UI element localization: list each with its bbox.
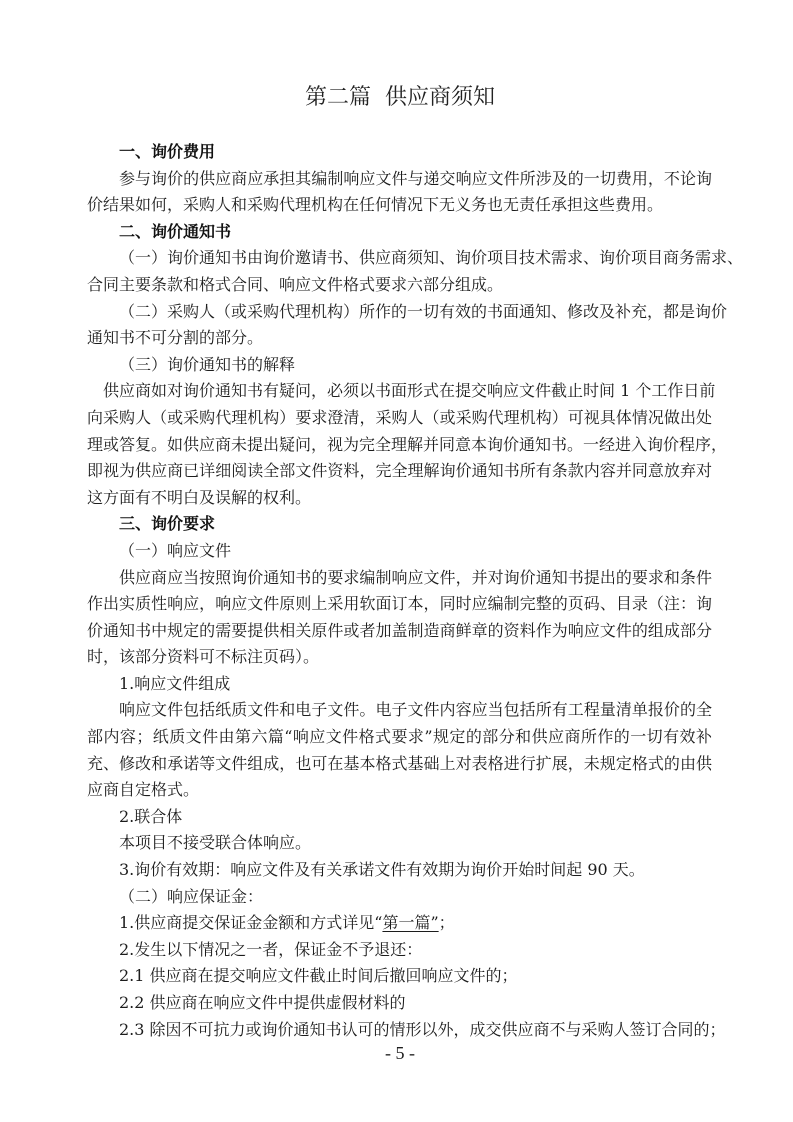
paragraph-line: 时，该部分资料可不标注页码）。 <box>87 644 712 671</box>
section-heading: 二、询价通知书 <box>87 219 712 246</box>
paragraph-line: 合同主要条款和格式合同、响应文件格式要求六部分组成。 <box>87 272 712 299</box>
line-prefix: 1.供应商提交保证金金额和方式详见“ <box>119 913 382 932</box>
paragraph-line: （二）采购人（或采购代理机构）所作的一切有效的书面通知、修改及补充，都是询价 <box>87 299 712 326</box>
paragraph-line: 这方面有不明白及误解的权利。 <box>87 485 712 512</box>
paragraph-line: 2.3 除因不可抗力或询价通知书认可的情形以外，成交供应商不与采购人签订合同的； <box>87 1017 712 1044</box>
subsection-heading: （一）响应文件 <box>87 538 712 565</box>
page-title: 第二篇 供应商须知 <box>0 83 793 113</box>
paragraph-line: 充、修改和承诺等文件组成，也可在基本格式基础上对表格进行扩展，未规定格式的由供 <box>87 751 712 778</box>
chapter-reference: 第一篇” <box>382 913 438 932</box>
paragraph-line: 作出实质性响应，响应文件原则上采用软面订本，同时应编制完整的页码、目录（注：询 <box>87 591 712 618</box>
line-suffix: ； <box>439 913 455 932</box>
paragraph-line: 响应文件包括纸质文件和电子文件。电子文件内容应当包括所有工程量清单报价的全 <box>87 697 712 724</box>
paragraph-line: 2.1 供应商在提交响应文件截止时间后撤回响应文件的； <box>87 963 712 990</box>
paragraph-line: 本项目不接受联合体响应。 <box>87 830 712 857</box>
paragraph-line: 供应商应当按照询价通知书的要求编制响应文件，并对询价通知书提出的要求和条件 <box>87 565 712 592</box>
paragraph-line: 供应商如对询价通知书有疑问，必须以书面形式在提交响应文件截止时间 1 个工作日前 <box>87 378 712 405</box>
document-body: 一、询价费用 参与询价的供应商应承担其编制响应文件与递交响应文件所涉及的一切费用… <box>87 139 712 1043</box>
subsection-heading: （二）响应保证金： <box>87 884 712 911</box>
paragraph-line: 3.询价有效期：响应文件及有关承诺文件有效期为询价开始时间起 90 天。 <box>87 857 712 884</box>
section-heading: 三、询价要求 <box>87 511 712 538</box>
paragraph-line: 向采购人（或采购代理机构）要求澄清，采购人（或采购代理机构）可视具体情况做出处 <box>87 405 712 432</box>
paragraph-line: 应商自定格式。 <box>87 777 712 804</box>
subsection-heading: 2.联合体 <box>87 804 712 831</box>
document-page: 第二篇 供应商须知 一、询价费用 参与询价的供应商应承担其编制响应文件与递交响应… <box>0 0 793 1122</box>
paragraph-line: 价通知书中规定的需要提供相关原件或者加盖制造商鲜章的资料作为响应文件的组成部分 <box>87 618 712 645</box>
paragraph-line: （一）询价通知书由询价邀请书、供应商须知、询价项目技术需求、询价项目商务需求、 <box>87 245 712 272</box>
subsection-heading: （三）询价通知书的解释 <box>87 352 712 379</box>
paragraph-line: 2.发生以下情况之一者，保证金不予退还： <box>87 937 712 964</box>
paragraph-line: 部内容；纸质文件由第六篇“响应文件格式要求”规定的部分和供应商所作的一切有效补 <box>87 724 712 751</box>
paragraph-line: 参与询价的供应商应承担其编制响应文件与递交响应文件所涉及的一切费用，不论询 <box>87 166 712 193</box>
paragraph-line: 1.供应商提交保证金金额和方式详见“第一篇”； <box>87 910 712 937</box>
paragraph-line: 价结果如何，采购人和采购代理机构在任何情况下无义务也无责任承担这些费用。 <box>87 192 712 219</box>
paragraph-line: 即视为供应商已详细阅读全部文件资料，完全理解询价通知书所有条款内容并同意放弃对 <box>87 458 712 485</box>
page-number: - 5 - <box>0 1041 793 1065</box>
paragraph-line: 2.2 供应商在响应文件中提供虚假材料的 <box>87 990 712 1017</box>
paragraph-line: 通知书不可分割的部分。 <box>87 325 712 352</box>
paragraph-line: 理或答复。如供应商未提出疑问，视为完全理解并同意本询价通知书。一经进入询价程序， <box>87 432 712 459</box>
subsection-heading: 1.响应文件组成 <box>87 671 712 698</box>
section-heading: 一、询价费用 <box>87 139 712 166</box>
